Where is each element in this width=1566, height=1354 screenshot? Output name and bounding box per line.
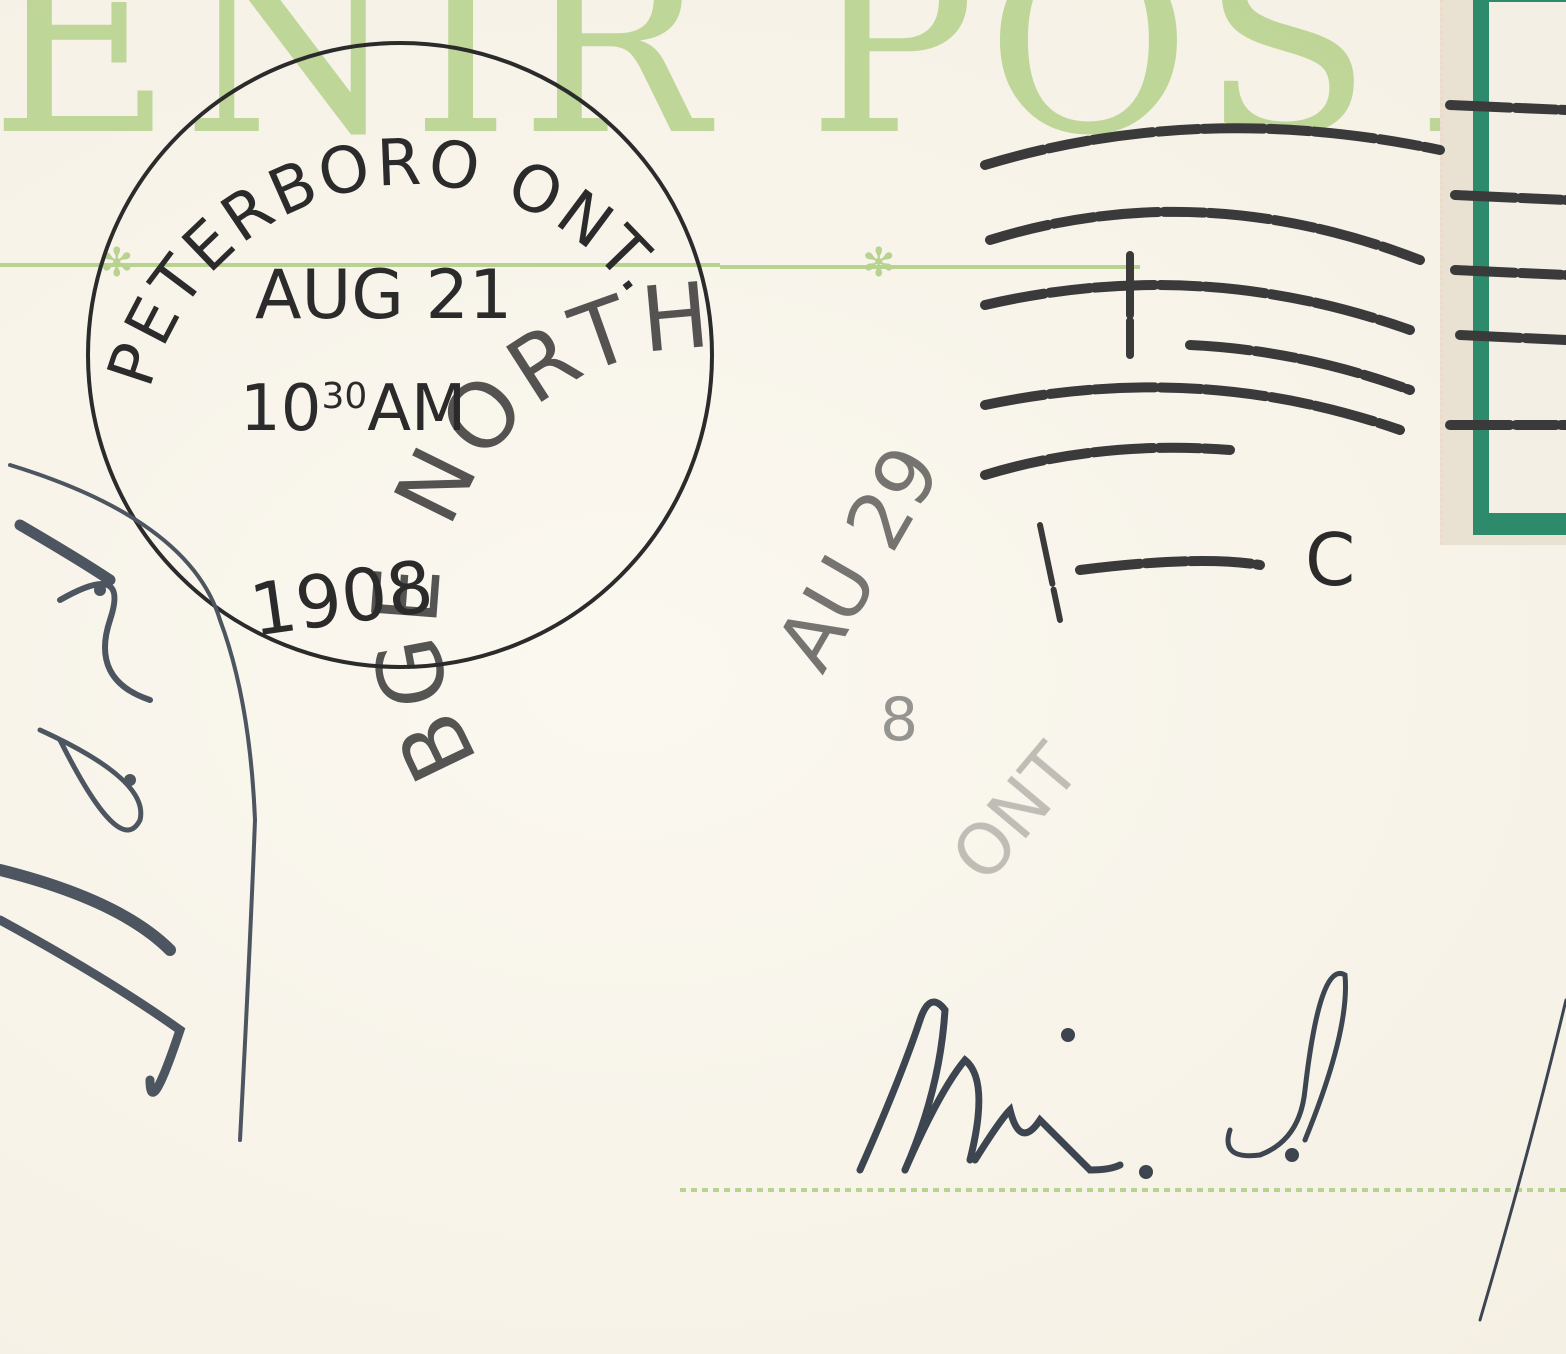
sender-signature bbox=[0, 465, 255, 1140]
cancel-letter: C bbox=[1305, 518, 1355, 602]
svg-text:AU 29: AU 29 bbox=[758, 431, 959, 686]
postcard: ENIR POST CAR ✻ ✻ PETERBORO ONT. AUG 21 … bbox=[0, 0, 1566, 1354]
postmark-date: AUG 21 bbox=[255, 256, 512, 335]
svg-text:BGE NORTH: BGE NORTH bbox=[353, 262, 720, 797]
addressee-handwriting bbox=[860, 973, 1566, 1320]
wavy-cancellation bbox=[985, 105, 1566, 620]
postmark-layer: PETERBORO ONT. AUG 21 1030AM 1908 BGE NO… bbox=[0, 0, 1566, 1354]
receiving-postmark: BGE NORTH AU 29 8 ONT bbox=[353, 262, 1096, 896]
svg-text:ONT: ONT bbox=[936, 729, 1096, 897]
svg-text:8: 8 bbox=[880, 685, 918, 755]
